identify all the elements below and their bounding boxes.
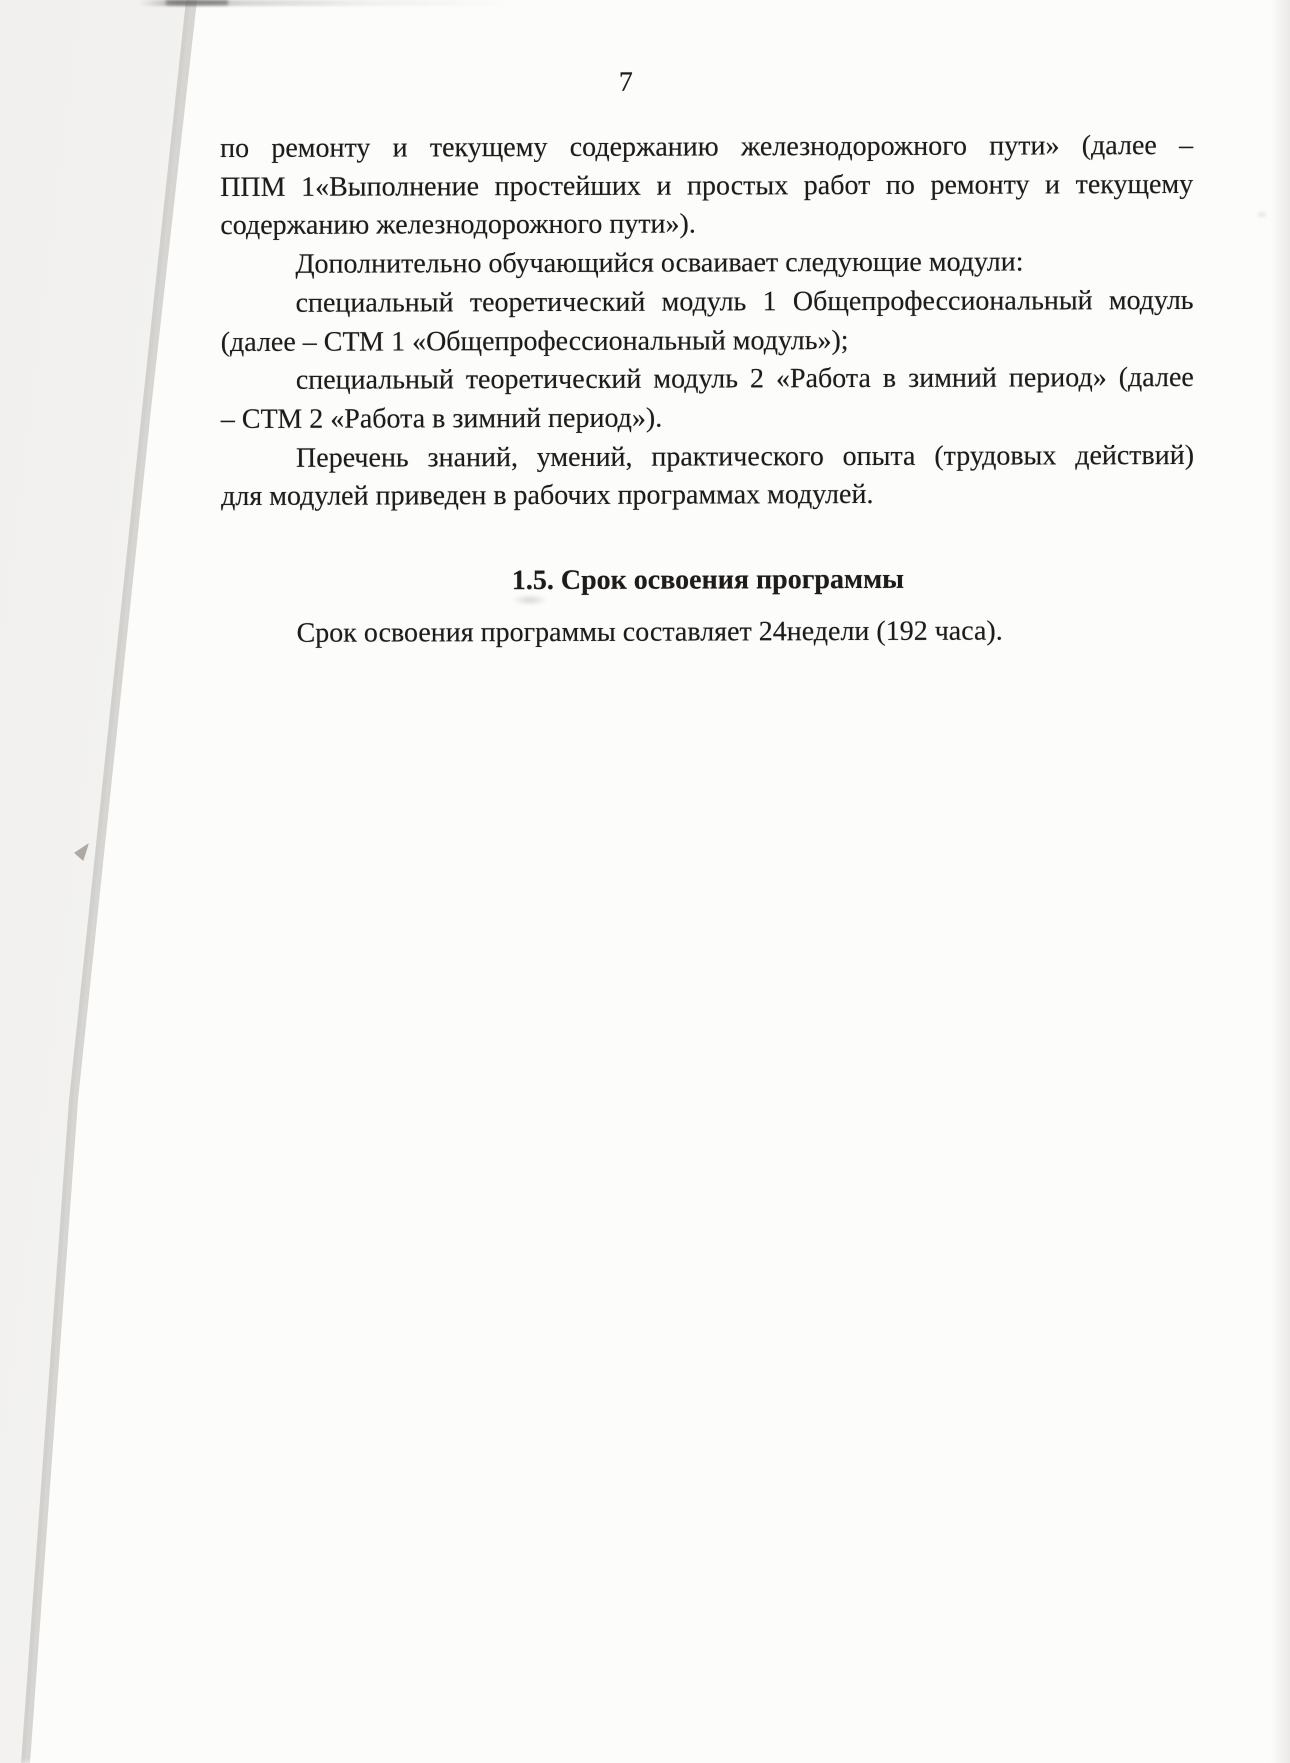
scanned-document-page: 7 по ремонту и текущему содержанию желез…: [0, 0, 1290, 1763]
paragraph1-line1: по ремонту и текущему содержанию железно…: [220, 127, 1193, 169]
stray-speck: [1256, 210, 1268, 219]
paragraph3-line2: (далее – СТМ 1 «Общепрофессиональный мод…: [221, 320, 1194, 362]
top-edge-smudge-core: [166, 0, 228, 5]
paragraph5-line2: для модулей приведен в рабочих программа…: [221, 475, 1194, 517]
paragraph1-line2: ППМ 1«Выполнение простейших и простых ра…: [220, 166, 1193, 208]
paragraph1-line3: содержанию железнодорожного пути»).: [220, 204, 1193, 246]
right-edge-shade: [1270, 0, 1290, 1763]
paragraph4-line1: специальный теоретический модуль 2 «Рабо…: [221, 359, 1194, 401]
section-heading: 1.5. Срок освоения программы: [221, 560, 1194, 602]
paragraph2-line1: Дополнительно обучающийся осваивает след…: [220, 243, 1193, 285]
paragraph5-line1: Перечень знаний, умений, практического о…: [221, 437, 1194, 479]
page-number: 7: [220, 62, 1032, 103]
paragraph6-line1: Срок освоения программы составляет 24нед…: [222, 612, 1195, 654]
paragraph3-line1: специальный теоретический модуль 1 Общеп…: [220, 282, 1193, 324]
text-column: 7 по ремонту и текущему содержанию желез…: [220, 127, 1195, 653]
paragraph4-line2: – СТМ 2 «Работа в зимний период»).: [221, 398, 1194, 440]
